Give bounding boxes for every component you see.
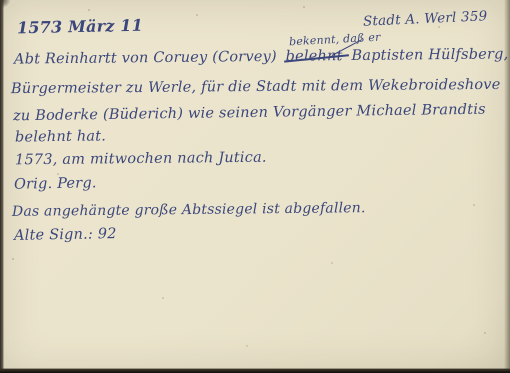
original-dating-line: 1573, am mitwochen nach Jutica. (15, 150, 267, 169)
photo-corner-shadow (0, 0, 10, 8)
record-date-heading: 1573 März 11 (17, 16, 143, 38)
inserted-correction: bekennt, daß er (289, 31, 381, 49)
seal-condition-note: Das angehängte große Abtssiegel ist abge… (12, 200, 366, 220)
regest-line-4: belehnt hat. (15, 128, 106, 145)
old-signature-note: Alte Sign.: 92 (14, 226, 117, 244)
archive-reference: Stadt A. Werl 359 (363, 8, 488, 29)
regest-line-2: Bürgermeister zu Werle, für die Stadt mi… (11, 77, 501, 97)
regest-line-1-pre: Abt Reinhartt von Coruey (Corvey) (14, 49, 277, 68)
photo-edge-right (504, 0, 510, 373)
struck-word: belehnt (286, 48, 348, 65)
regest-line-1: Abt Reinhartt von Coruey (Corvey) belehn… (14, 46, 509, 67)
archive-card-photo: 1573 März 11 Stadt A. Werl 359 bekennt, … (0, 0, 510, 373)
source-format-note: Orig. Perg. (14, 175, 97, 192)
photo-edge-left (0, 0, 4, 373)
regest-line-1-post: Baptisten Hülfsberg, (351, 46, 508, 64)
regest-line-3: zu Boderke (Büderich) wie seinen Vorgäng… (13, 102, 486, 125)
photo-edge-bottom (0, 368, 510, 373)
